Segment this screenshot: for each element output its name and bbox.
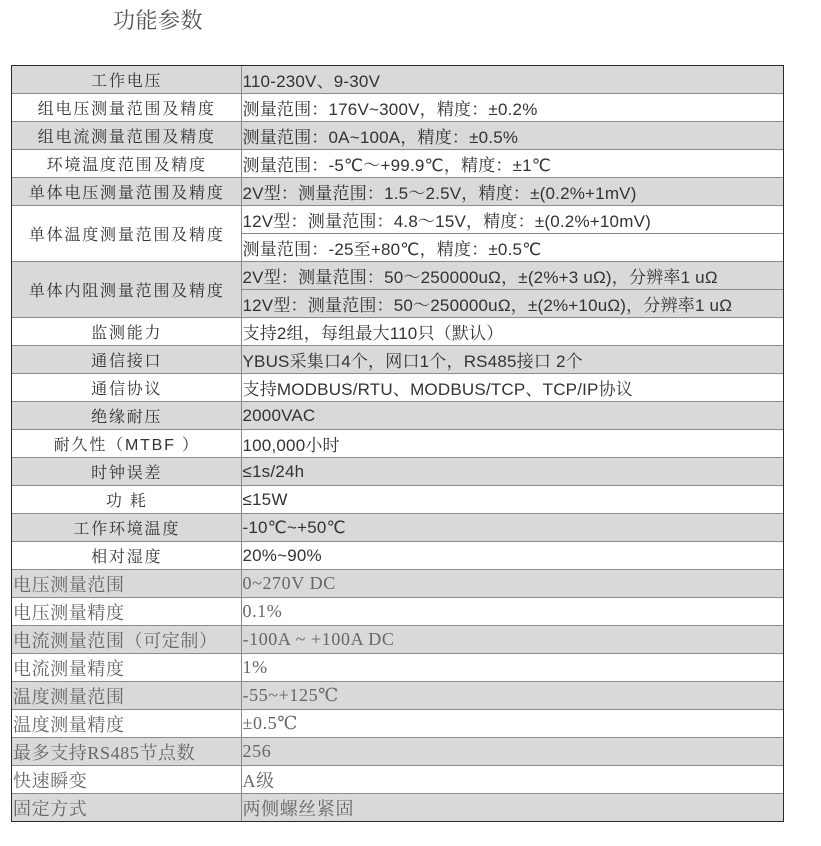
row-value: ≤15W xyxy=(241,486,783,514)
row-label: 通信协议 xyxy=(12,374,241,402)
row-value: -10℃~+50℃ xyxy=(241,514,783,542)
spec-table: 工作电压 110-230V、9-30V 组电压测量范围及精度 测量范围：176V… xyxy=(12,66,783,821)
row-label: 快速瞬变 xyxy=(12,766,241,794)
table-row: 固定方式 两侧螺丝紧固 xyxy=(12,794,783,822)
row-value: 支持2组，每组最大110只（默认） xyxy=(241,318,783,346)
row-label: 电压测量精度 xyxy=(12,598,241,626)
row-value: -55~+125℃ xyxy=(241,682,783,710)
row-label: 单体内阻测量范围及精度 xyxy=(12,262,241,318)
table-row: 耐久性（MTBF ） 100,000小时 xyxy=(12,430,783,458)
row-value: ≤1s/24h xyxy=(241,458,783,486)
row-value: 测量范围：176V~300V，精度：±0.2% xyxy=(241,94,783,122)
row-value: 2V型：测量范围：50～250000uΩ，±(2%+3 uΩ)，分辨率1 uΩ xyxy=(241,262,783,290)
row-value: 支持MODBUS/RTU、MODBUS/TCP、TCP/IP协议 xyxy=(241,374,783,402)
row-label: 工作电压 xyxy=(12,66,241,94)
row-label: 最多支持RS485节点数 xyxy=(12,738,241,766)
row-value: YBUS采集口4个，网口1个，RS485接口 2个 xyxy=(241,346,783,374)
row-value: 1% xyxy=(241,654,783,682)
table-row: 功 耗 ≤15W xyxy=(12,486,783,514)
table-row: 工作环境温度 -10℃~+50℃ xyxy=(12,514,783,542)
row-value: 两侧螺丝紧固 xyxy=(241,794,783,822)
table-row: 快速瞬变 A级 xyxy=(12,766,783,794)
row-label: 通信接口 xyxy=(12,346,241,374)
table-row: 相对湿度 20%~90% xyxy=(12,542,783,570)
row-label: 绝缘耐压 xyxy=(12,402,241,430)
spec-table-container: 工作电压 110-230V、9-30V 组电压测量范围及精度 测量范围：176V… xyxy=(11,65,784,822)
row-value: 测量范围：0A~100A，精度：±0.5% xyxy=(241,122,783,150)
row-label: 组电流测量范围及精度 xyxy=(12,122,241,150)
row-label: 电流测量精度 xyxy=(12,654,241,682)
row-value: 12V型：测量范围：4.8～15V，精度：±(0.2%+10mV) xyxy=(241,206,783,234)
table-row: 绝缘耐压 2000VAC xyxy=(12,402,783,430)
table-row: 单体电压测量范围及精度 2V型：测量范围：1.5～2.5V，精度：±(0.2%+… xyxy=(12,178,783,206)
table-row: 温度测量精度 ±0.5℃ xyxy=(12,710,783,738)
table-row: 单体内阻测量范围及精度 2V型：测量范围：50～250000uΩ，±(2%+3 … xyxy=(12,262,783,290)
table-row: 电流测量范围（可定制） -100A ~ +100A DC xyxy=(12,626,783,654)
row-label: 工作环境温度 xyxy=(12,514,241,542)
row-label: 固定方式 xyxy=(12,794,241,822)
row-label: 电流测量范围（可定制） xyxy=(12,626,241,654)
row-label: 温度测量精度 xyxy=(12,710,241,738)
row-value: 2000VAC xyxy=(241,402,783,430)
row-label: 温度测量范围 xyxy=(12,682,241,710)
row-label: 环境温度范围及精度 xyxy=(12,150,241,178)
row-label: 电压测量范围 xyxy=(12,570,241,598)
row-label: 单体温度测量范围及精度 xyxy=(12,206,241,262)
row-value: A级 xyxy=(241,766,783,794)
row-value: 0~270V DC xyxy=(241,570,783,598)
row-value: 12V型：测量范围：50～250000uΩ，±(2%+10uΩ)，分辨率1 uΩ xyxy=(241,290,783,318)
row-label: 功 耗 xyxy=(12,486,241,514)
row-label: 组电压测量范围及精度 xyxy=(12,94,241,122)
row-value: 0.1% xyxy=(241,598,783,626)
row-value: 100,000小时 xyxy=(241,430,783,458)
row-value: 2V型：测量范围：1.5～2.5V，精度：±(0.2%+1mV) xyxy=(241,178,783,206)
row-value: 256 xyxy=(241,738,783,766)
row-label: 单体电压测量范围及精度 xyxy=(12,178,241,206)
row-label: 相对湿度 xyxy=(12,542,241,570)
row-value: ±0.5℃ xyxy=(241,710,783,738)
table-row: 通信接口 YBUS采集口4个，网口1个，RS485接口 2个 xyxy=(12,346,783,374)
table-row: 温度测量范围 -55~+125℃ xyxy=(12,682,783,710)
row-value: -100A ~ +100A DC xyxy=(241,626,783,654)
table-row: 电压测量范围 0~270V DC xyxy=(12,570,783,598)
row-value: 测量范围：-25至+80℃，精度：±0.5℃ xyxy=(241,234,783,262)
table-row: 组电压测量范围及精度 测量范围：176V~300V，精度：±0.2% xyxy=(12,94,783,122)
table-row: 最多支持RS485节点数 256 xyxy=(12,738,783,766)
table-row: 组电流测量范围及精度 测量范围：0A~100A，精度：±0.5% xyxy=(12,122,783,150)
table-row: 通信协议 支持MODBUS/RTU、MODBUS/TCP、TCP/IP协议 xyxy=(12,374,783,402)
table-row: 工作电压 110-230V、9-30V xyxy=(12,66,783,94)
row-label: 耐久性（MTBF ） xyxy=(12,430,241,458)
table-row: 电流测量精度 1% xyxy=(12,654,783,682)
page-title: 功能参数 xyxy=(113,6,203,36)
row-label: 监测能力 xyxy=(12,318,241,346)
table-row: 电压测量精度 0.1% xyxy=(12,598,783,626)
row-value: 测量范围：-5℃～+99.9℃，精度：±1℃ xyxy=(241,150,783,178)
row-value: 110-230V、9-30V xyxy=(241,66,783,94)
row-value: 20%~90% xyxy=(241,542,783,570)
table-row: 单体温度测量范围及精度 12V型：测量范围：4.8～15V，精度：±(0.2%+… xyxy=(12,206,783,234)
row-label: 时钟误差 xyxy=(12,458,241,486)
table-row: 环境温度范围及精度 测量范围：-5℃～+99.9℃，精度：±1℃ xyxy=(12,150,783,178)
table-row: 监测能力 支持2组，每组最大110只（默认） xyxy=(12,318,783,346)
table-row: 时钟误差 ≤1s/24h xyxy=(12,458,783,486)
